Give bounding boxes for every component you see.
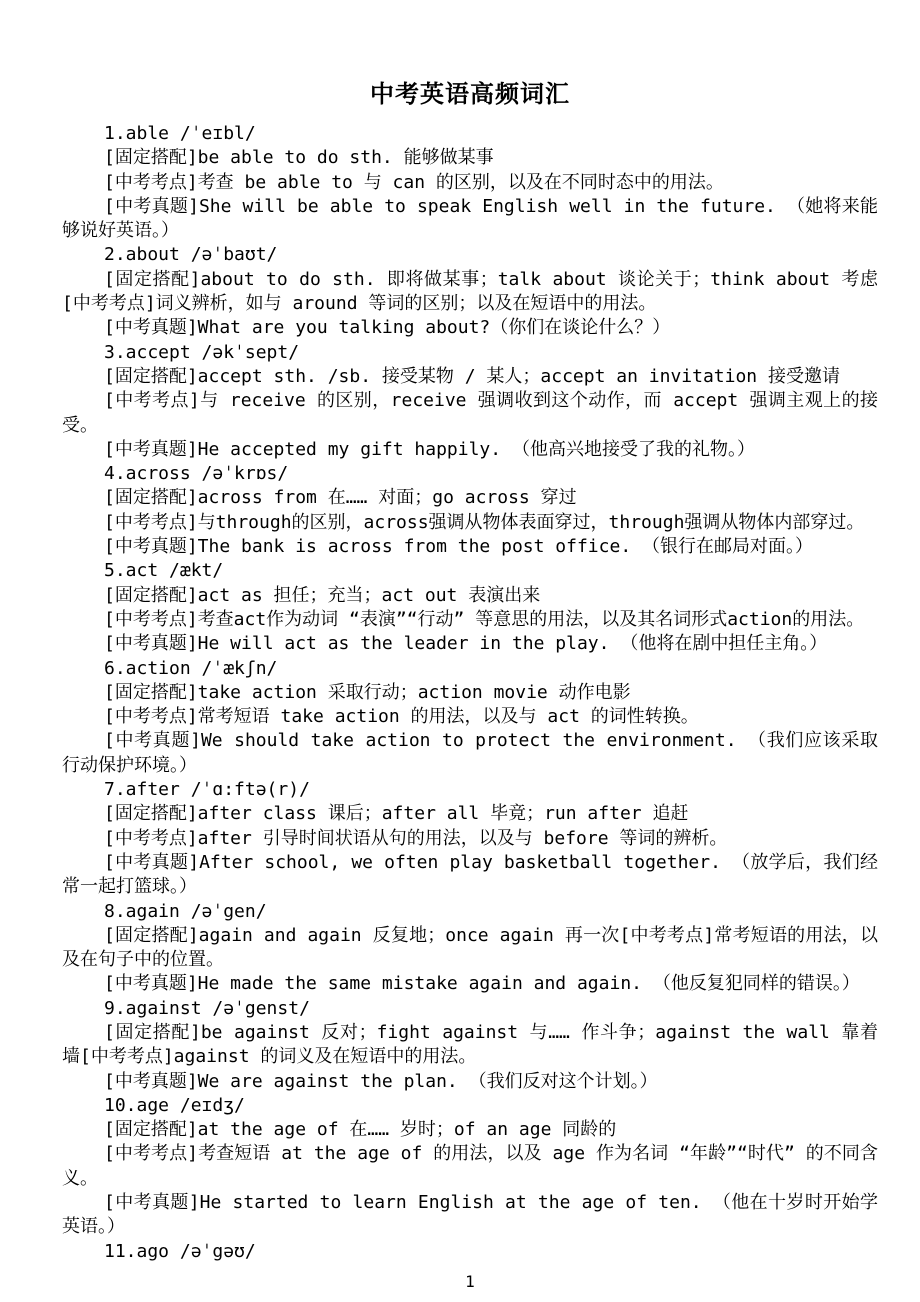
entry-headword: 9.against /əˈgenst/: [62, 997, 878, 1021]
page-number: 1: [62, 1272, 878, 1292]
entry-paragraph: [中考真题]He accepted my gift happily. （他高兴地…: [62, 438, 878, 462]
entry-paragraph: [中考真题]The bank is across from the post o…: [62, 535, 878, 559]
entry-paragraph: [中考真题]He will act as the leader in the p…: [62, 632, 878, 656]
entry-paragraph: [中考考点]与 receive 的区别，receive 强调收到这个动作，而 a…: [62, 389, 878, 438]
entry-paragraph: [中考真题]What are you talking about?（你们在谈论什…: [62, 316, 878, 340]
entry-paragraph: [固定搭配]across from 在…… 对面；go across 穿过: [62, 486, 878, 510]
entry-headword: 6.action /ˈækʃn/: [62, 657, 878, 681]
entry-headword: 11.ago /əˈgəʊ/: [62, 1240, 878, 1264]
entry-headword: 10.age /eɪdʒ/: [62, 1094, 878, 1118]
entry-paragraph: [中考考点]与through的区别，across强调从物体表面穿过，throug…: [62, 511, 878, 535]
entry-headword: 2.about /əˈbaʊt/: [62, 243, 878, 267]
entry-paragraph: [中考考点]考查短语 at the age of 的用法，以及 age 作为名词…: [62, 1142, 878, 1191]
document-page: 中考英语高频词汇 1.able /ˈeɪbl/[固定搭配]be able to …: [0, 0, 920, 1302]
entry-paragraph: [中考真题]He made the same mistake again and…: [62, 972, 878, 996]
entry-paragraph: [中考真题]He started to learn English at the…: [62, 1191, 878, 1240]
entry-headword: 1.able /ˈeɪbl/: [62, 122, 878, 146]
entry-headword: 7.after /ˈɑ:ftə(r)/: [62, 778, 878, 802]
entry-paragraph: [固定搭配]at the age of 在…… 岁时；of an age 同龄的: [62, 1118, 878, 1142]
entry-paragraph: [中考考点]after 引导时间状语从句的用法，以及与 before 等词的辨析…: [62, 827, 878, 851]
entry-paragraph: [中考真题]She will be able to speak English …: [62, 195, 878, 244]
entry-paragraph: [中考考点]常考短语 take action 的用法，以及与 act 的词性转换…: [62, 705, 878, 729]
entry-headword: 5.act /ækt/: [62, 559, 878, 583]
entry-paragraph: [固定搭配]take action 采取行动；action movie 动作电影: [62, 681, 878, 705]
entry-paragraph: [固定搭配]be against 反对；fight against 与…… 作斗…: [62, 1021, 878, 1070]
entry-paragraph: [固定搭配]be able to do sth. 能够做某事: [62, 146, 878, 170]
entry-headword: 4.across /əˈkrɒs/: [62, 462, 878, 486]
entry-headword: 8.again /əˈgen/: [62, 900, 878, 924]
entry-paragraph: [中考考点]考查 be able to 与 can 的区别，以及在不同时态中的用…: [62, 171, 878, 195]
entry-paragraph: [固定搭配]again and again 反复地；once again 再一次…: [62, 924, 878, 973]
entry-paragraph: [中考真题]We are against the plan. （我们反对这个计划…: [62, 1070, 878, 1094]
entry-paragraph: [中考真题]After school, we often play basket…: [62, 851, 878, 900]
vocab-list: 1.able /ˈeɪbl/[固定搭配]be able to do sth. 能…: [62, 122, 878, 1264]
entry-paragraph: [固定搭配]accept sth. /sb. 接受某物 / 某人；accept …: [62, 365, 878, 389]
entry-paragraph: [中考考点]考查act作为动词 “表演”“行动” 等意思的用法，以及其名词形式a…: [62, 608, 878, 632]
entry-paragraph: [固定搭配]act as 担任；充当；act out 表演出来: [62, 584, 878, 608]
entry-headword: 3.accept /əkˈsept/: [62, 341, 878, 365]
entry-paragraph: [中考真题]We should take action to protect t…: [62, 729, 878, 778]
entry-paragraph: [固定搭配]about to do sth. 即将做某事；talk about …: [62, 268, 878, 317]
page-title: 中考英语高频词汇: [62, 80, 878, 108]
entry-paragraph: [固定搭配]after class 课后；after all 毕竟；run af…: [62, 802, 878, 826]
